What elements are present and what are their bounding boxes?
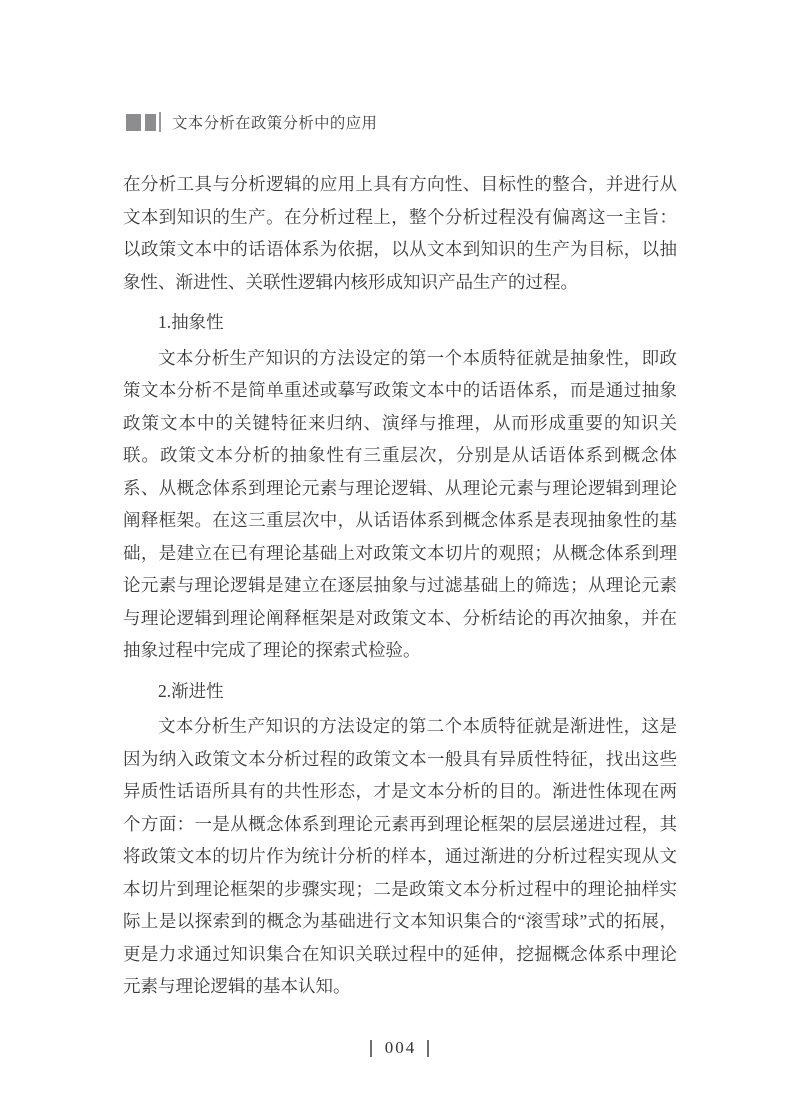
chapter-header: 文本分析在政策分析中的应用 xyxy=(126,111,377,133)
page-footer: 004 xyxy=(0,1038,799,1058)
page-number: 004 xyxy=(385,1038,417,1058)
small-square-icon xyxy=(145,114,156,131)
document-page: 文本分析在政策分析中的应用 在分析工具与分析逻辑的应用上具有方向性、目标性的整合… xyxy=(0,0,799,1118)
chapter-title: 文本分析在政策分析中的应用 xyxy=(172,111,377,133)
footer-left-bar-icon xyxy=(370,1040,372,1057)
paragraph-intro: 在分析工具与分析逻辑的应用上具有方向性、目标性的整合，并进行从文本到知识的生产。… xyxy=(123,168,677,298)
header-ornament xyxy=(126,112,161,132)
large-square-icon xyxy=(126,114,141,131)
body-text: 在分析工具与分析逻辑的应用上具有方向性、目标性的整合，并进行从文本到知识的生产。… xyxy=(123,168,677,1003)
section-heading-abstractness: 1.抽象性 xyxy=(123,306,677,339)
section-paragraph-progressiveness: 文本分析生产知识的方法设定的第二个本质特征就是渐进性，这是因为纳入政策文本分析过… xyxy=(123,710,677,1003)
footer-right-bar-icon xyxy=(427,1040,429,1057)
section-heading-progressiveness: 2.渐进性 xyxy=(123,675,677,708)
vertical-rule-icon xyxy=(159,112,161,132)
section-paragraph-abstractness: 文本分析生产知识的方法设定的第一个本质特征就是抽象性，即政策文本分析不是简单重述… xyxy=(123,342,677,667)
